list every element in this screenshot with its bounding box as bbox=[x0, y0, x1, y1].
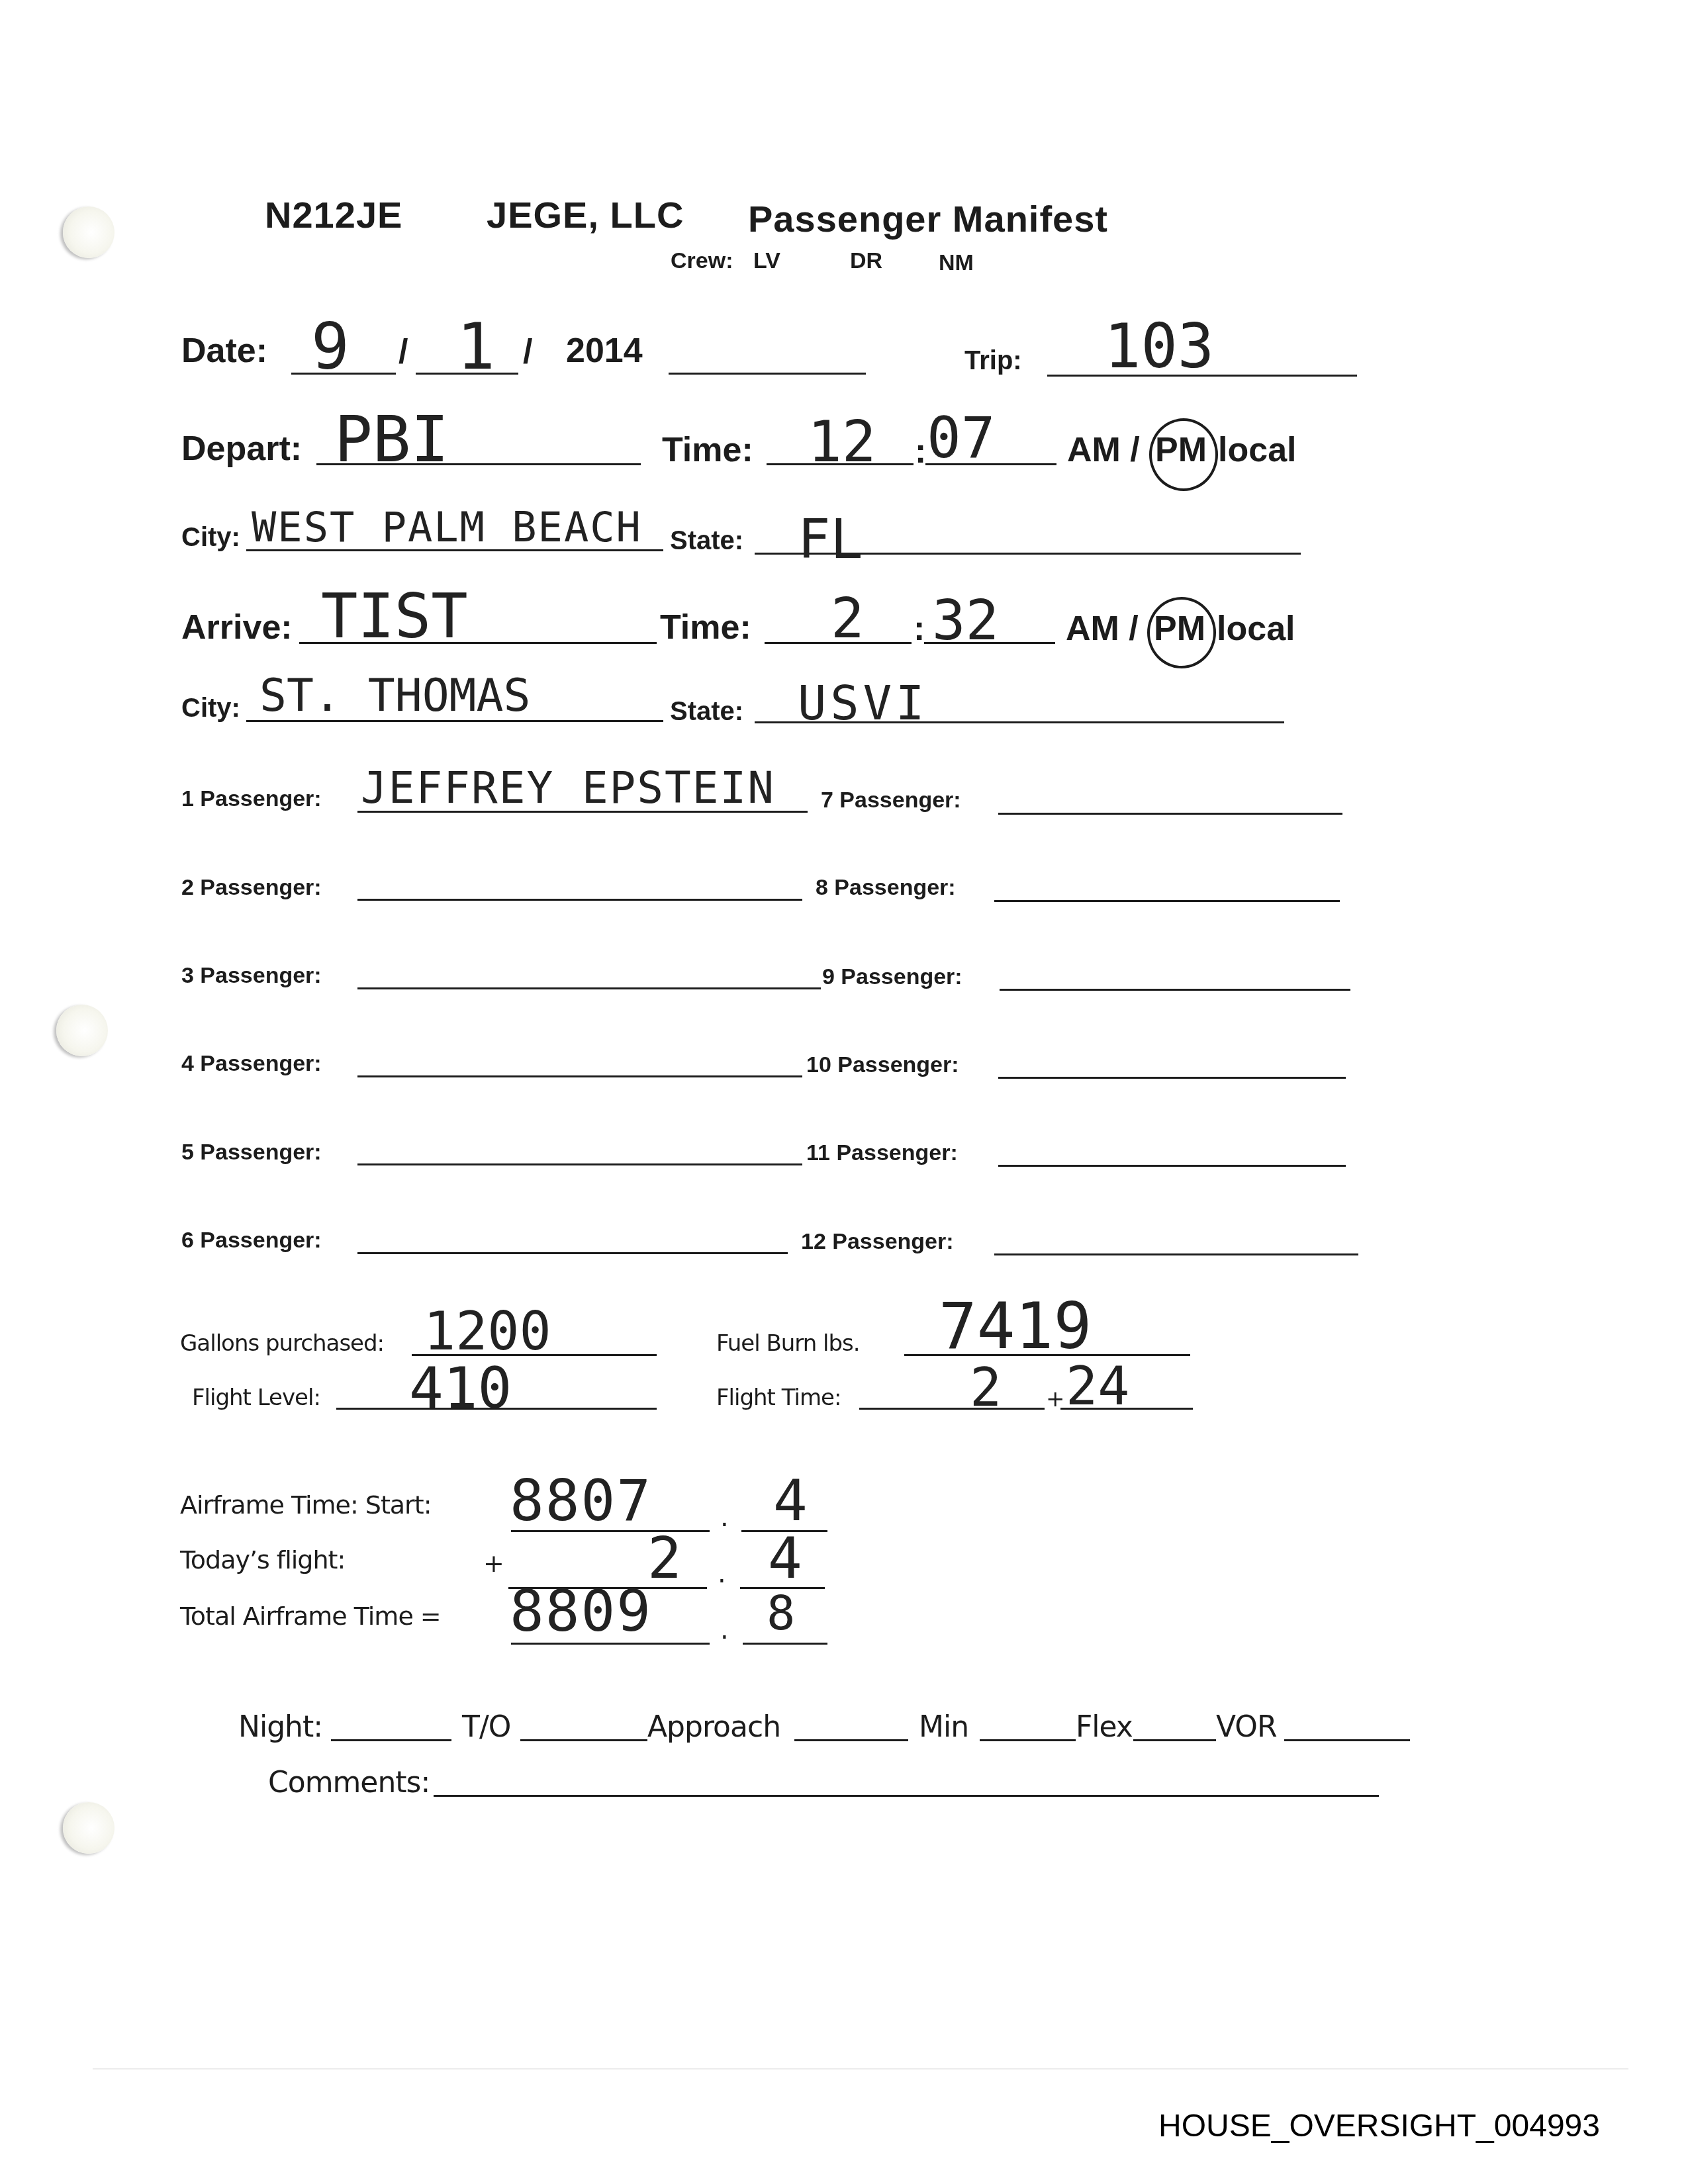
fuel-burn-label: Fuel Burn lbs. bbox=[716, 1330, 860, 1357]
total-airframe-tenth-field[interactable] bbox=[743, 1643, 827, 1645]
passenger-6-label: 6 Passenger: bbox=[181, 1228, 322, 1253]
arrive-state-label: State: bbox=[670, 697, 743, 727]
fuel-burn-value: 7419 bbox=[939, 1289, 1092, 1363]
trip-value: 103 bbox=[1104, 311, 1214, 382]
arrive-city-label: City: bbox=[181, 694, 240, 723]
today-flight-dot: . bbox=[718, 1559, 726, 1589]
airframe-start-whole-value: 8807 bbox=[510, 1468, 652, 1534]
passenger-2-field[interactable] bbox=[357, 899, 802, 901]
crew-label: Crew: bbox=[671, 248, 733, 274]
passenger-7-label: 7 Passenger: bbox=[821, 788, 961, 813]
date-separator-1: / bbox=[399, 332, 408, 372]
passenger-7-field[interactable] bbox=[998, 813, 1342, 815]
gallons-label: Gallons purchased: bbox=[180, 1330, 384, 1357]
passenger-3-label: 3 Passenger: bbox=[181, 963, 322, 989]
arrive-local-label: local bbox=[1217, 609, 1295, 649]
total-airframe-tenth-value: 8 bbox=[767, 1585, 795, 1641]
min-field[interactable] bbox=[980, 1739, 1076, 1741]
passenger-6-field[interactable] bbox=[357, 1252, 788, 1254]
total-airframe-dot: . bbox=[720, 1615, 728, 1645]
total-airframe-label: Total Airframe Time = bbox=[180, 1602, 441, 1631]
passenger-12-field[interactable] bbox=[994, 1253, 1358, 1255]
flight-time-label: Flight Time: bbox=[716, 1385, 841, 1411]
passenger-5-field[interactable] bbox=[357, 1163, 802, 1165]
depart-city-value: WEST PALM BEACH bbox=[252, 503, 642, 551]
depart-state-label: State: bbox=[670, 526, 743, 556]
today-flight-tenth-value: 4 bbox=[768, 1525, 802, 1592]
passenger-2-label: 2 Passenger: bbox=[181, 875, 322, 901]
flight-level-value: 410 bbox=[409, 1355, 512, 1422]
tail-number: N212JE bbox=[265, 193, 402, 236]
crew-member-2: DR bbox=[850, 248, 882, 274]
arrive-minute-value: 32 bbox=[932, 588, 999, 653]
passenger-9-field[interactable] bbox=[1000, 989, 1350, 991]
today-flight-whole-value: 2 bbox=[647, 1525, 682, 1592]
date-month-value: 9 bbox=[311, 310, 350, 384]
flight-time-hours-field[interactable] bbox=[859, 1408, 1045, 1410]
date-label: Date: bbox=[181, 331, 267, 371]
trip-label: Trip: bbox=[964, 346, 1022, 376]
depart-airport-value: PBI bbox=[334, 402, 449, 477]
night-field[interactable] bbox=[331, 1739, 451, 1741]
depart-state-value: FL bbox=[798, 508, 863, 571]
airframe-start-label: Airframe Time: Start: bbox=[180, 1490, 431, 1520]
arrive-am-option[interactable]: AM / bbox=[1066, 609, 1139, 649]
arrive-time-label: Time: bbox=[660, 608, 751, 647]
depart-local-label: local bbox=[1218, 430, 1297, 470]
binder-hole-top bbox=[63, 206, 115, 258]
arrive-pm-circle bbox=[1147, 597, 1216, 668]
depart-minute-value: 07 bbox=[927, 405, 996, 471]
passenger-8-label: 8 Passenger: bbox=[816, 875, 956, 901]
passenger-12-label: 12 Passenger: bbox=[801, 1229, 954, 1255]
today-flight-label: Today’s flight: bbox=[180, 1545, 345, 1574]
arrive-hour-value: 2 bbox=[831, 586, 865, 651]
vor-field[interactable] bbox=[1284, 1739, 1410, 1741]
arrive-city-value: ST. THOMAS bbox=[259, 670, 530, 722]
passenger-10-field[interactable] bbox=[998, 1077, 1346, 1079]
takeoff-field[interactable] bbox=[520, 1739, 647, 1741]
passenger-1-name: JEFFREY EPSTEIN bbox=[361, 762, 775, 813]
takeoff-label: T/O bbox=[462, 1710, 510, 1744]
flight-time-minutes-value: 24 bbox=[1066, 1355, 1129, 1417]
min-label: Min bbox=[919, 1710, 968, 1744]
passenger-4-field[interactable] bbox=[357, 1075, 802, 1077]
flight-time-hours-value: 2 bbox=[970, 1357, 1002, 1418]
passenger-10-label: 10 Passenger: bbox=[806, 1052, 959, 1078]
passenger-9-label: 9 Passenger: bbox=[822, 964, 962, 990]
bates-number: HOUSE_OVERSIGHT_004993 bbox=[1158, 2108, 1600, 2144]
airframe-start-tenth-value: 4 bbox=[773, 1468, 808, 1534]
passenger-8-field[interactable] bbox=[994, 900, 1340, 902]
comments-label: Comments: bbox=[268, 1766, 430, 1799]
passenger-1-label: 1 Passenger: bbox=[181, 786, 322, 812]
passenger-4-label: 4 Passenger: bbox=[181, 1051, 322, 1077]
arrive-time-colon: : bbox=[914, 609, 925, 649]
date-year: 2014 bbox=[566, 331, 643, 371]
passenger-11-field[interactable] bbox=[998, 1165, 1346, 1167]
company-name: JEGE, LLC bbox=[487, 193, 684, 236]
arrive-state-value: USVI bbox=[798, 675, 928, 731]
page-bottom-edge bbox=[93, 2068, 1628, 2070]
date-year-field[interactable] bbox=[669, 373, 866, 375]
today-flight-plus: + bbox=[483, 1549, 504, 1578]
flight-level-label: Flight Level: bbox=[192, 1385, 320, 1411]
crew-member-1: LV bbox=[753, 248, 780, 274]
arrive-airport-value: TIST bbox=[321, 581, 468, 652]
passenger-11-label: 11 Passenger: bbox=[806, 1140, 958, 1166]
depart-hour-value: 12 bbox=[808, 409, 876, 475]
document-title: Passenger Manifest bbox=[748, 197, 1108, 240]
comments-field[interactable] bbox=[434, 1795, 1379, 1797]
binder-hole-bottom bbox=[63, 1802, 115, 1854]
vor-label: VOR bbox=[1216, 1710, 1277, 1744]
approach-field[interactable] bbox=[794, 1739, 908, 1741]
date-day-value: 1 bbox=[457, 310, 495, 384]
date-separator-2: / bbox=[523, 332, 532, 372]
depart-label: Depart: bbox=[181, 429, 302, 469]
arrive-label: Arrive: bbox=[181, 608, 293, 647]
total-airframe-whole-value: 8809 bbox=[510, 1578, 652, 1645]
flex-field[interactable] bbox=[1133, 1739, 1216, 1741]
passenger-5-label: 5 Passenger: bbox=[181, 1140, 322, 1165]
depart-am-option[interactable]: AM / bbox=[1067, 430, 1140, 470]
depart-time-colon: : bbox=[915, 432, 926, 471]
flex-label: Flex bbox=[1076, 1710, 1133, 1744]
passenger-3-field[interactable] bbox=[357, 987, 821, 989]
crew-member-3: NM bbox=[939, 250, 974, 276]
approach-label: Approach bbox=[647, 1710, 780, 1744]
gallons-value: 1200 bbox=[424, 1300, 551, 1362]
night-label: Night: bbox=[238, 1710, 322, 1744]
depart-time-label: Time: bbox=[662, 430, 753, 470]
binder-hole-middle bbox=[56, 1005, 108, 1056]
airframe-start-dot: . bbox=[720, 1502, 728, 1533]
depart-city-label: City: bbox=[181, 523, 240, 553]
depart-pm-circle bbox=[1149, 418, 1218, 491]
